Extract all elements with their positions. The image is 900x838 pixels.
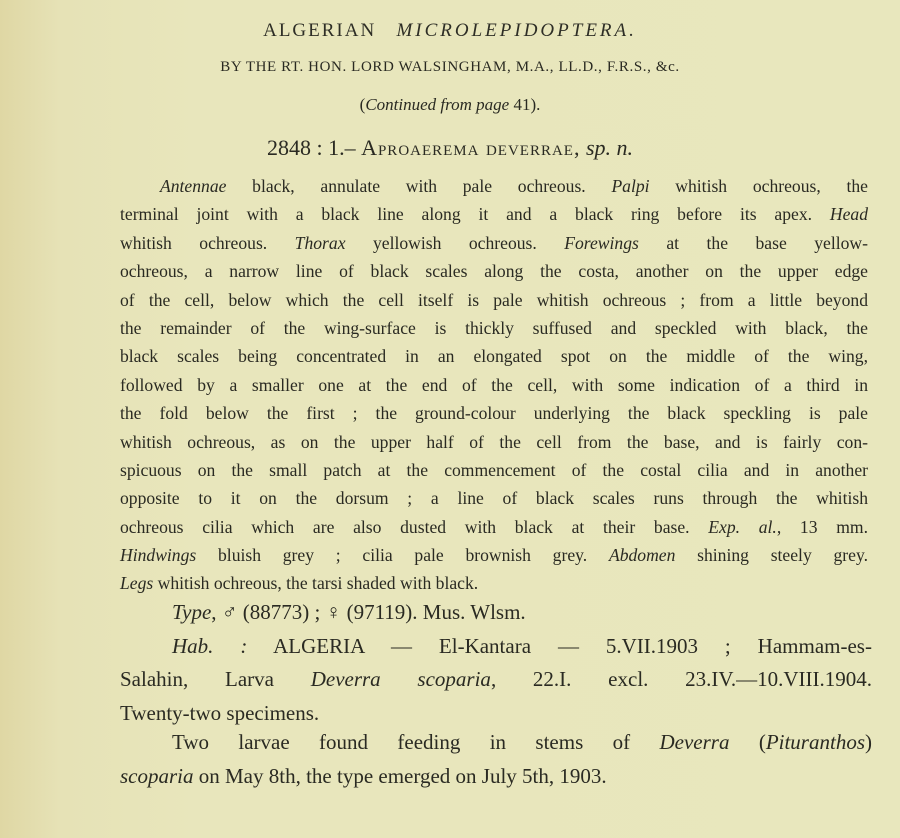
text-run: , 13 mm. xyxy=(777,517,868,537)
italic-term: Forewings xyxy=(564,233,639,253)
italic-term: Pituranthos xyxy=(766,730,865,754)
text-line: ochreous cilia which are also dusted wit… xyxy=(120,513,868,541)
text-run: at the base yellow- xyxy=(639,233,868,253)
italic-term: Type xyxy=(172,600,211,624)
species-heading: 2848 : 1.– Aproaerema deverrae, sp. n. xyxy=(0,135,900,161)
text-run: whitish ochreous, the xyxy=(650,176,868,196)
text-run: Two larvae found feeding in stems of xyxy=(172,730,659,754)
italic-term: Palpi xyxy=(611,176,649,196)
text-line: Salahin, Larva Deverra scoparia, 22.I. e… xyxy=(120,663,872,697)
text-run: black scales being concentrated in an el… xyxy=(120,346,868,366)
larval-notes: Two larvae found feeding in stems of Dev… xyxy=(120,726,872,793)
running-title-italic: MICROLEPIDOPTERA. xyxy=(396,20,636,41)
species-description: Antennae black, annulate with pale ochre… xyxy=(120,172,868,598)
text-line: spicuous on the small patch at the comme… xyxy=(120,456,868,484)
text-run: of the cell, below which the cell itself… xyxy=(120,290,868,310)
text-line: Type, ♂ (88773) ; ♀ (97119). Mus. Wlsm. xyxy=(120,596,872,630)
text-run: spicuous on the small patch at the comme… xyxy=(120,460,868,480)
author-byline: BY THE RT. HON. LORD WALSINGHAM, M.A., L… xyxy=(0,59,900,76)
text-run: whitish ochreous, as on the upper half o… xyxy=(120,432,868,452)
text-line: followed by a smaller one at the end of … xyxy=(120,371,868,399)
running-title: ALGERIAN MICROLEPIDOPTERA. xyxy=(0,20,900,42)
text-line: of the cell, below which the cell itself… xyxy=(120,286,868,314)
text-line: Legs whitish ochreous, the tarsi shaded … xyxy=(120,569,868,597)
text-line: terminal joint with a black line along i… xyxy=(120,200,868,228)
text-run: whitish ochreous. xyxy=(120,233,295,253)
italic-term: Abdomen xyxy=(609,545,675,565)
continuation-note: (Continued from page 41). xyxy=(0,95,900,115)
text-run: terminal joint with a black line along i… xyxy=(120,204,830,224)
italic-term: Exp. al. xyxy=(708,517,777,537)
species-name: Aproaerema deverrae, xyxy=(361,135,580,160)
italic-term: Thorax xyxy=(295,233,346,253)
italic-term: Legs xyxy=(120,573,153,593)
text-run: ochreous, a narrow line of black scales … xyxy=(120,261,868,281)
italic-term: Deverra xyxy=(659,730,729,754)
text-line: whitish ochreous, as on the upper half o… xyxy=(120,428,868,456)
italic-term: Head xyxy=(830,204,868,224)
text-line: the remainder of the wing-surface is thi… xyxy=(120,314,868,342)
text-run: yellowish ochreous. xyxy=(346,233,565,253)
text-run: opposite to it on the dorsum ; a line of… xyxy=(120,488,868,508)
species-status: sp. n. xyxy=(580,135,633,160)
italic-term: Hab. : xyxy=(172,634,247,658)
italic-term: Antennae xyxy=(160,176,226,196)
text-run: ALGERIA — El-Kantara — 5.VII.1903 ; Hamm… xyxy=(247,634,872,658)
text-line: black scales being concentrated in an el… xyxy=(120,342,868,370)
text-line: ochreous, a narrow line of black scales … xyxy=(120,257,868,285)
italic-term: scoparia xyxy=(120,764,194,788)
text-line: Antennae black, annulate with pale ochre… xyxy=(120,172,868,200)
text-run: black, annulate with pale ochreous. xyxy=(226,176,611,196)
text-run: ) xyxy=(865,730,872,754)
journal-page: ALGERIAN MICROLEPIDOPTERA. BY THE RT. HO… xyxy=(0,0,900,838)
text-line: scoparia on May 8th, the type emerged on… xyxy=(120,760,872,794)
text-run: the fold below the first ; the ground-co… xyxy=(120,403,868,423)
text-run: followed by a smaller one at the end of … xyxy=(120,375,868,395)
italic-term: Deverra scoparia xyxy=(311,667,491,691)
text-run: , ♂ (88773) ; ♀ (97119). Mus. Wlsm. xyxy=(211,600,525,624)
text-line: Hindwings bluish grey ; cilia pale brown… xyxy=(120,541,868,569)
continued-page: 41). xyxy=(509,95,540,114)
text-run: whitish ochreous, the tarsi shaded with … xyxy=(153,573,478,593)
italic-term: Hindwings xyxy=(120,545,196,565)
text-line: Twenty-two specimens. xyxy=(120,697,872,731)
text-run: Salahin, Larva xyxy=(120,667,311,691)
text-run: ochreous cilia which are also dusted wit… xyxy=(120,517,708,537)
text-run: the remainder of the wing-surface is thi… xyxy=(120,318,868,338)
species-number: 2848 : 1.– xyxy=(267,135,361,160)
text-run: Twenty-two specimens. xyxy=(120,701,319,725)
type-and-habitat: Type, ♂ (88773) ; ♀ (97119). Mus. Wlsm.H… xyxy=(120,596,872,730)
text-run: on May 8th, the type emerged on July 5th… xyxy=(194,764,607,788)
text-line: Hab. : ALGERIA — El-Kantara — 5.VII.1903… xyxy=(120,630,872,664)
text-line: opposite to it on the dorsum ; a line of… xyxy=(120,484,868,512)
continued-italic: Continued from page xyxy=(365,95,509,114)
text-run: , 22.I. excl. 23.IV.—10.VIII.1904. xyxy=(491,667,872,691)
text-run: bluish grey ; cilia pale brownish grey. xyxy=(196,545,609,565)
text-line: whitish ochreous. Thorax yellowish ochre… xyxy=(120,229,868,257)
text-run: shining steely grey. xyxy=(675,545,868,565)
text-line: Two larvae found feeding in stems of Dev… xyxy=(120,726,872,760)
text-line: the fold below the first ; the ground-co… xyxy=(120,399,868,427)
running-title-plain: ALGERIAN xyxy=(263,20,376,41)
text-run: ( xyxy=(729,730,765,754)
